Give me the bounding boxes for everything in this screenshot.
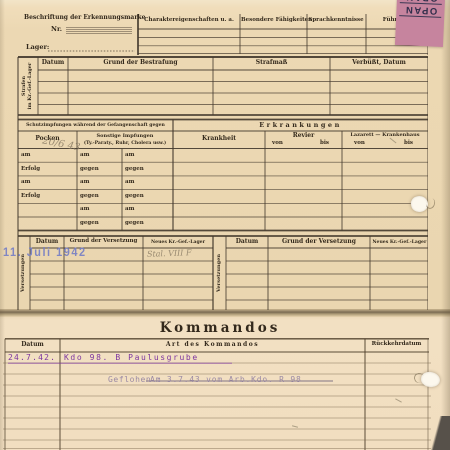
impf-cell: am (21, 180, 30, 186)
transfer-new-camp-handwriting: Stal. VIII F (147, 248, 192, 259)
impf-cell: am (125, 180, 134, 186)
pow-record-card-scan: Beschriftung der Erkennungsmarke Nr. Lag… (0, 0, 450, 450)
corner-stamp-text-1: OPAN (405, 0, 438, 2)
impf-cell: am (125, 207, 134, 213)
strafen-col-strafmass: Strafmaß (213, 60, 330, 66)
col-besondere-faehigkeiten: Besondere Fähigkeiten (241, 18, 305, 24)
col-charaktereigenschaften: Charaktereigenschaften u. a. (140, 18, 238, 24)
kommandos-col-rueckkehr: Rückkehrdatum (365, 342, 428, 348)
kommando-entry-date: 24.7.42. (8, 354, 56, 362)
erkrankungen-title: Erkrankungen (173, 122, 428, 129)
impfungen-title: Schutzimpfungen während der Gefangenscha… (24, 123, 167, 128)
paper-edge-left (0, 0, 5, 450)
corner-stamp-text-2: OPAN (404, 4, 437, 15)
strafen-col-datum: Datum (38, 60, 68, 66)
scan-background-corner (428, 416, 450, 450)
erkrankungen-col-revier: Revier (265, 133, 342, 139)
versetzungen-col-datum-right: Datum (226, 239, 268, 245)
impf-cell: am (80, 207, 89, 213)
revier-von: von (272, 141, 283, 147)
kommandos-col-datum: Datum (5, 342, 60, 348)
versetzungen-side-label-right: Versetzungen (214, 236, 226, 310)
versetzungen-col-neues-right: Neues Kr.-Gef.-Lager (372, 240, 425, 245)
pink-corner-stamp: OPAN OPAN (395, 0, 445, 47)
versetzungen-col-neues-left: Neues Kr.-Gef.-Lager (146, 240, 210, 245)
kommandos-title: Kommandos (5, 322, 435, 336)
impf-cell: gegen (125, 167, 144, 173)
erkrankungen-col-krankheit: Krankheit (173, 136, 265, 142)
impfungen-col-sonstige: Sonstige Impfungen (77, 134, 173, 139)
revier-bis: bis (320, 141, 329, 147)
versetzungen-col-datum-left: Datum (30, 239, 64, 245)
impf-cell: am (80, 180, 89, 186)
impf-cell: am (125, 153, 134, 159)
kommandos-col-art: Art des Kommandos (60, 342, 365, 348)
impf-cell: gegen (80, 194, 99, 200)
transfer-date-stamp: 11. Juli 1942 (3, 247, 87, 259)
strafen-col-grund: Grund der Bestrafung (68, 60, 213, 66)
strafen-side-label: Strafen im Kr.-Gef.-Lager (18, 57, 38, 115)
versetzungen-col-grund-left: Grund der Versetzung (64, 239, 143, 245)
lazarett-bis: bis (404, 141, 413, 147)
impf-cell: gegen (80, 221, 99, 227)
escape-note-text: Am 3.7.43 vom Arb.Kdo. R 98 (150, 376, 302, 384)
impf-cell: gegen (80, 167, 99, 173)
impf-cell: am (80, 153, 89, 159)
erkrankungen-col-lazarett: Lazarett — Krankenhaus (342, 133, 428, 138)
paper-edge-right (441, 0, 450, 450)
kommando-entry-text: Kdo 98. B Paulusgrube (64, 354, 199, 362)
lager-label: Lager: (26, 44, 49, 51)
nr-label: Nr. (51, 26, 62, 33)
strafen-col-verbuesst: Verbüßt, Datum (330, 60, 428, 66)
impf-cell: am (21, 153, 30, 159)
lazarett-von: von (354, 141, 365, 147)
impfungen-col-sonstige-detail: (Ty.-Paraty., Ruhr, Cholera usw.) (81, 141, 169, 146)
impf-cell: gegen (125, 194, 144, 200)
impf-cell: gegen (125, 221, 144, 227)
erkennungsmarke-label: Beschriftung der Erkennungsmarke (24, 15, 136, 21)
col-sprachkenntnisse: Sprachkenntnisse (308, 18, 364, 24)
impf-cell: Erfolg (21, 194, 40, 200)
impf-cell: Erfolg (21, 167, 40, 173)
versetzungen-col-grund-right: Grund der Versetzung (268, 239, 370, 245)
